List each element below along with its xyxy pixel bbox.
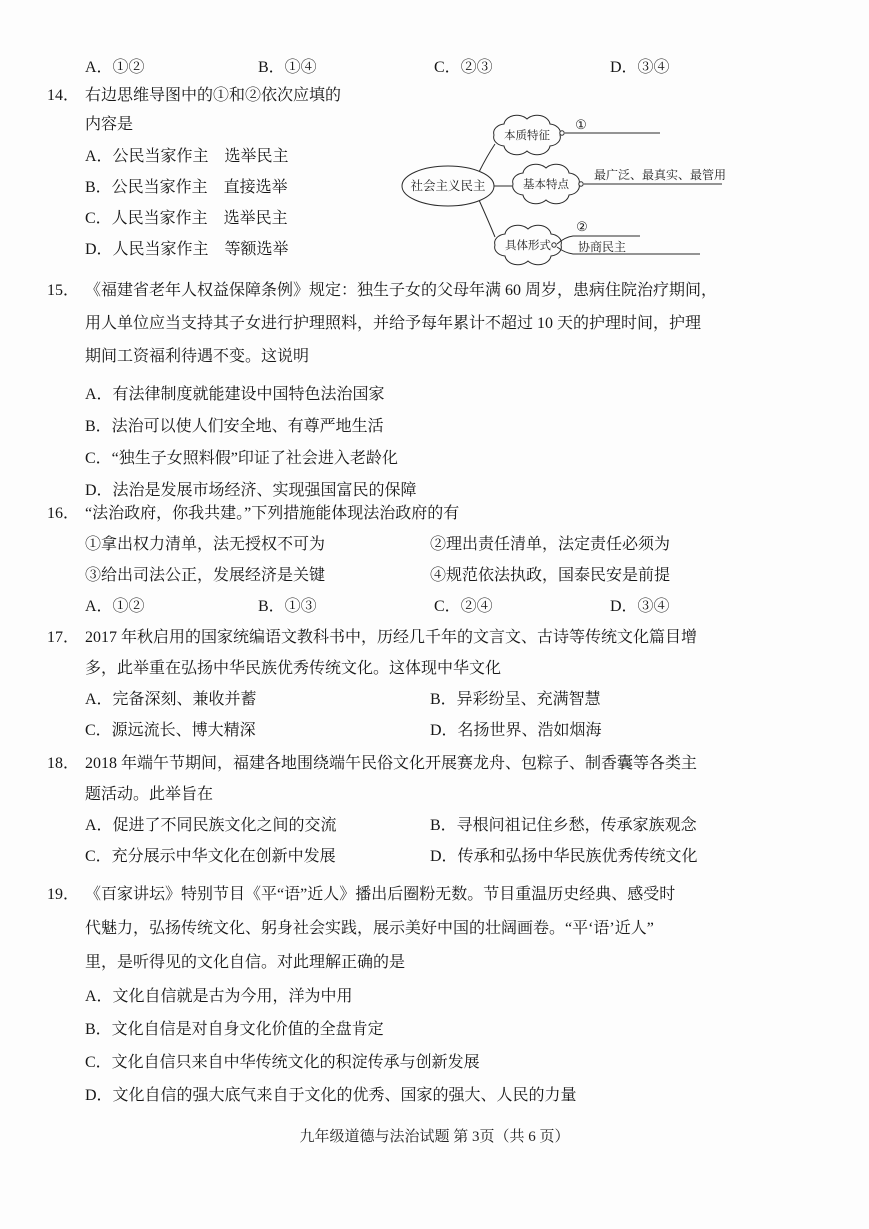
question-19-option-d: D．文化自信的强大底气来自于文化的优秀、国家的强大、人民的力量 [85, 1079, 852, 1112]
question-19-stem-line-1: 《百家讲坛》特别节目《平“语”近人》播出后圈粉无数。节目重温历史经典、感受时 [85, 878, 852, 912]
node-top-label: 本质特征 [504, 128, 550, 142]
question-19-stem-line-2: 代魅力，弘扬传统文化、躬身社会实践，展示美好中国的壮阔画卷。“平‘语’近人” [85, 912, 852, 946]
question-16: 16． “法治政府，你我共建。”下列措施能体现法治政府的有 ①拿出权力清单，法无… [47, 498, 852, 622]
question-16-number: 16． [47, 498, 85, 529]
question-19-stem-line-3: 里，是听得见的文化自信。对此理解正确的是 [85, 946, 852, 980]
question-16-option-c: C．②④ [434, 591, 610, 622]
question-16-item-1: ①拿出权力清单，法无授权不可为 [85, 529, 430, 560]
question-15-stem-line-1: 《福建省老年人权益保障条例》规定：独生子女的父母年满 60 周岁，患病住院治疗期… [85, 274, 852, 307]
q13-option-c: C．②③ [434, 52, 610, 83]
question-16-stem-line-1: “法治政府，你我共建。”下列措施能体现法治政府的有 [85, 498, 852, 529]
node-mid-label: 基本特点 [523, 177, 569, 191]
question-15-number: 15． [47, 274, 85, 307]
question-15-option-b: B．法治可以使人们安全地、有尊严地生活 [85, 411, 852, 443]
blank-1-marker: ① [575, 117, 587, 132]
question-15-stem-line-3: 期间工资福利待遇不变。这说明 [85, 340, 852, 373]
question-17-option-c: C．源远流长、博大精深 [85, 715, 430, 746]
question-17-number: 17． [47, 622, 85, 653]
question-18-stem-line-1: 2018 年端午节期间，福建各地围绕端午民俗文化开展赛龙舟、包粽子、制香囊等各类… [85, 748, 852, 779]
branch-curve-bottom [479, 200, 495, 237]
question-17-option-a: A．完备深刻、兼收并蓄 [85, 684, 430, 715]
question-19-number: 19． [47, 878, 85, 912]
page-footer: 九年级道德与法治试题 第 3页（共 6 页） [0, 1122, 869, 1153]
bottom-answer-label: 协商民主 [578, 239, 626, 254]
connector-dot-top [560, 131, 564, 135]
question-18: 18． 2018 年端午节期间，福建各地围绕端午民俗文化开展赛龙舟、包粽子、制香… [47, 748, 852, 872]
connector-dot-mid [579, 182, 583, 186]
question-16-option-d: D．③④ [610, 591, 852, 622]
question-18-stem-line-2: 题活动。此举旨在 [85, 779, 852, 810]
question-17-stem-line-2: 多，此举重在弘扬中华民族优秀传统文化。这体现中华文化 [85, 653, 852, 684]
question-15-option-c: C．“独生子女照料假”印证了社会进入老龄化 [85, 443, 852, 475]
question-17: 17． 2017 年秋启用的国家统编语文教科书中，历经几千年的文言文、古诗等传统… [47, 622, 852, 746]
question-16-item-4: ④规范依法执政，国泰民安是前提 [430, 560, 852, 591]
question-18-option-c: C．充分展示中华文化在创新中发展 [85, 841, 430, 872]
question-16-option-a: A．①② [85, 591, 258, 622]
node-bottom-label: 具体形式 [505, 238, 551, 252]
q13-option-a: A．①② [85, 52, 258, 83]
mindmap-labels: 社会主义民主 本质特征 基本特点 具体形式 ① 最广泛、最真实、最管用 ② 协商… [410, 117, 726, 254]
question-16-item-2: ②理出责任清单，法定责任必须为 [430, 529, 852, 560]
question-18-option-d: D．传承和弘扬中华民族优秀传统文化 [430, 841, 852, 872]
exam-page: A．①② B．①④ C．②③ D．③④ 14． 右边思维导图中的①和②依次应填的… [0, 0, 869, 1229]
question-19-option-c: C．文化自信只来自中华传统文化的积淀传承与创新发展 [85, 1046, 852, 1079]
q13-option-b: B．①④ [258, 52, 434, 83]
question-17-option-d: D．名扬世界、浩如烟海 [430, 715, 852, 746]
blank-2-marker: ② [576, 219, 588, 234]
question-15-option-a: A．有法律制度就能建设中国特色法治国家 [85, 379, 852, 411]
q13-option-d: D．③④ [610, 52, 852, 83]
question-16-item-3: ③给出司法公正，发展经济是关键 [85, 560, 430, 591]
question-19-option-a: A．文化自信就是古为今用，洋为中用 [85, 980, 852, 1013]
question-17-stem-line-1: 2017 年秋启用的国家统编语文教科书中，历经几千年的文言文、古诗等传统文化篇目… [85, 622, 852, 653]
question-17-option-b: B．异彩纷呈、充满智慧 [430, 684, 852, 715]
question-19-option-b: B．文化自信是对自身文化价值的全盘肯定 [85, 1013, 852, 1046]
connector-dot-bottom [552, 243, 556, 247]
question-18-number: 18． [47, 748, 85, 779]
question-16-option-b: B．①③ [258, 591, 434, 622]
question-15-stem-line-2: 用人单位应当支持其子女进行护理照料，并给予每年累计不超过 10 天的护理时间，护… [85, 307, 852, 340]
q14-mindmap-diagram: 社会主义民主 本质特征 基本特点 具体形式 ① 最广泛、最真实、最管用 ② 协商… [378, 98, 869, 275]
question-19: 19． 《百家讲坛》特别节目《平“语”近人》播出后圈粉无数。节目重温历史经典、感… [47, 878, 852, 1112]
question-18-option-b: B．寻根问祖记住乡愁，传承家族观念 [430, 810, 852, 841]
root-node-label: 社会主义民主 [410, 178, 485, 193]
mid-answer-label: 最广泛、最真实、最管用 [594, 167, 726, 182]
question-15: 15． 《福建省老年人权益保障条例》规定：独生子女的父母年满 60 周岁，患病住… [47, 274, 852, 507]
question-14-number: 14． [47, 81, 85, 110]
question-18-option-a: A．促进了不同民族文化之间的交流 [85, 810, 430, 841]
q13-options-row: A．①② B．①④ C．②③ D．③④ [85, 52, 852, 83]
branch-curve-top [479, 144, 495, 172]
